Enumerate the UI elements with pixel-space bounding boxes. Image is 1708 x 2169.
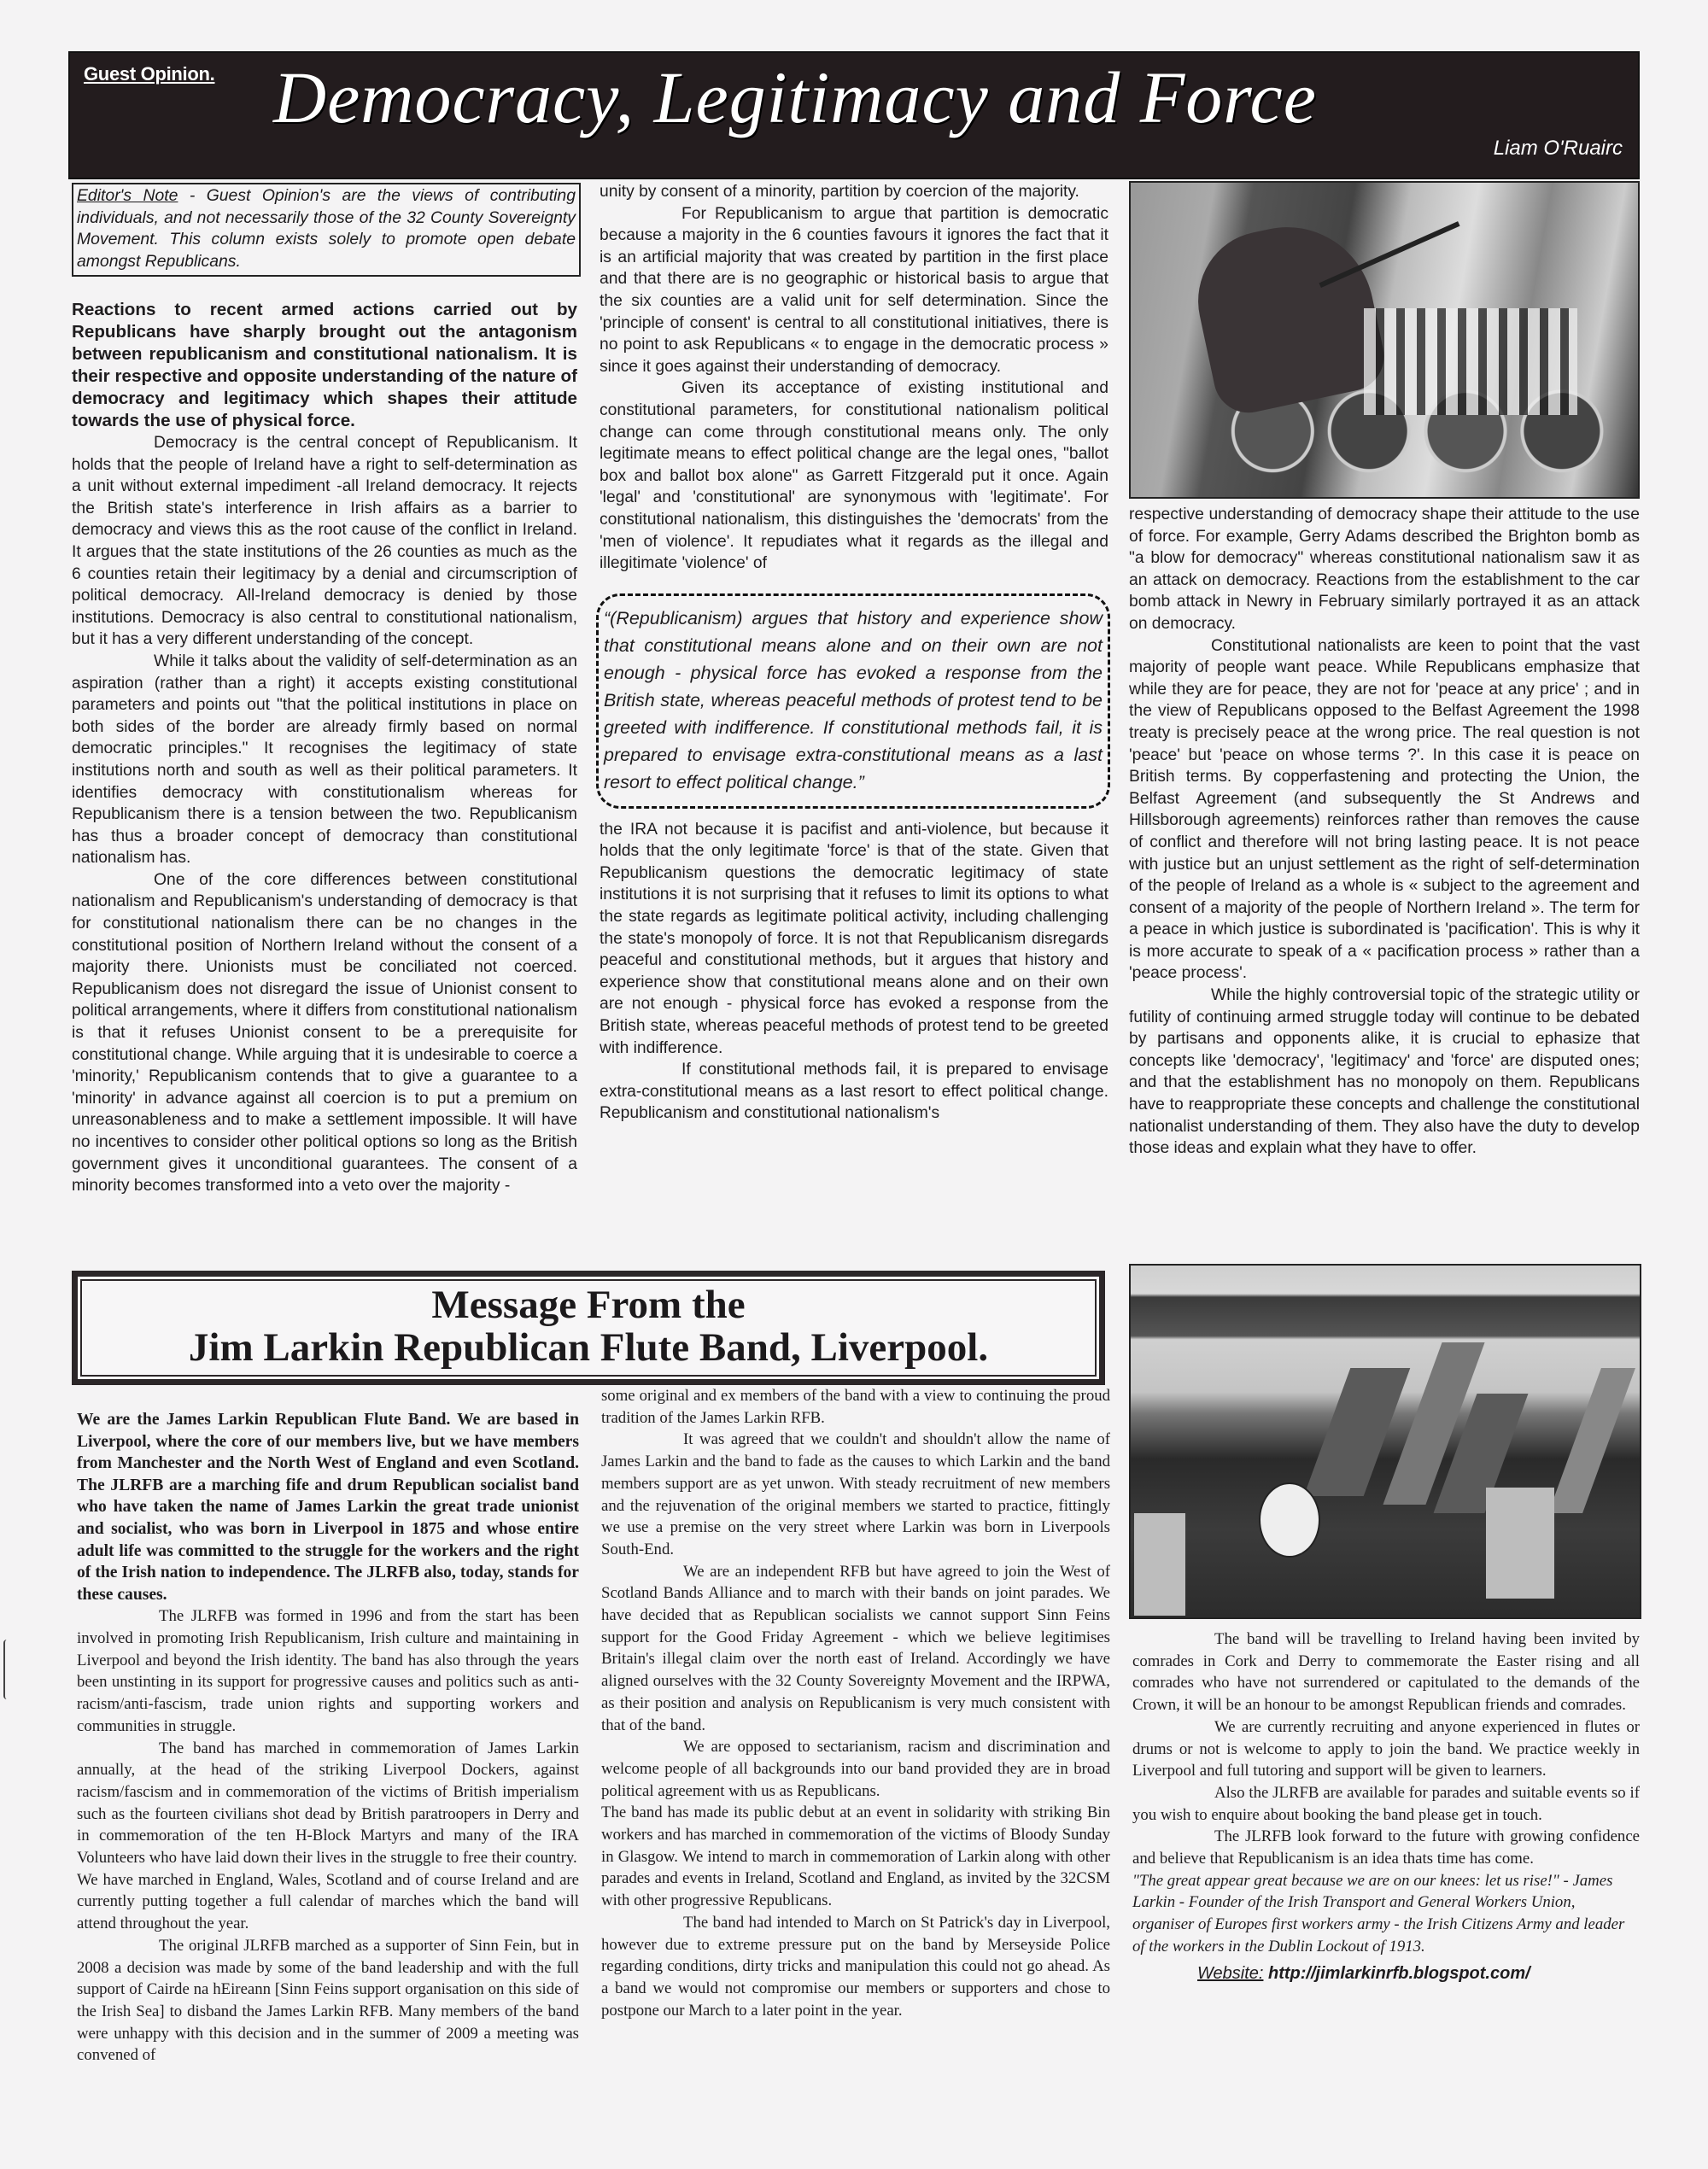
band-paragraph: We are opposed to sectarianism, racism a… [601,1736,1110,1802]
parade-photo [1129,1264,1641,1619]
band-headline-box: Message From the Jim Larkin Republican F… [72,1271,1105,1385]
band-paragraph: We are an independent RFB but have agree… [601,1561,1110,1737]
band-column-2: some original and ex members of the band… [601,1385,1110,2021]
band-headline-line-2: Jim Larkin Republican Flute Band, Liverp… [78,1326,1099,1369]
mural-photo [1129,181,1640,499]
editors-note-label: Editor's Note [77,186,178,205]
parade-flag [1548,1368,1635,1513]
article-paragraph: If constitutional methods fail, it is pr… [600,1059,1108,1125]
article-paragraph: Constitutional nationalists are keen to … [1129,635,1640,985]
mural-soldier-figure [1185,211,1390,419]
article-paragraph: respective understanding of democracy sh… [1129,504,1640,635]
article-column-1: Reactions to recent armed actions carrie… [72,299,577,1197]
band-paragraph: Also the JLRFB are available for parades… [1132,1782,1640,1826]
article-paragraph: One of the core differences between cons… [72,869,577,1197]
band-paragraph: The original JLRFB marched as a supporte… [77,1935,579,2067]
website-link[interactable]: http://jimlarkinrfb.blogspot.com/ [1263,1964,1530,1983]
page-edge-scan-mark [3,1640,12,1699]
larkin-quote: "The great appear great because we are o… [1132,1870,1640,1958]
pull-quote-box: “(Republicanism) argues that history and… [596,593,1110,809]
band-column-1: We are the James Larkin Republican Flute… [77,1409,579,2067]
bass-drum [1259,1482,1320,1558]
band-headline-line-1: Message From the [78,1283,1099,1326]
hi-vis-vest [1486,1488,1554,1599]
article-paragraph: Democracy is the central concept of Repu… [72,432,577,651]
article-header-banner: Guest Opinion. Democracy, Legitimacy and… [70,53,1638,178]
article-paragraph: For Republicanism to argue that partitio… [600,203,1108,378]
article-paragraph: While it talks about the validity of sel… [72,651,577,869]
band-lede: We are the James Larkin Republican Flute… [77,1409,579,1605]
band-paragraph: The JLRFB was formed in 1996 and from th… [77,1605,579,1737]
article-paragraph: unity by consent of a minority, partitio… [600,181,1108,203]
section-kicker: Guest Opinion. [84,63,214,85]
article-paragraph: While the highly controversial topic of … [1129,985,1640,1160]
band-paragraph: The band has made its public debut at an… [601,1802,1110,1912]
website-label: Website: [1197,1964,1263,1983]
author-byline: Liam O'Ruairc [1494,137,1623,161]
band-paragraph: The band had intended to March on St Pat… [601,1912,1110,2022]
band-paragraph: It was agreed that we couldn't and shoul… [601,1429,1110,1560]
article-column-2: unity by consent of a minority, partitio… [600,181,1108,1125]
pull-quote-text: “(Republicanism) argues that history and… [604,608,1103,792]
editors-note-box: Editor's Note - Guest Opinion's are the … [72,183,581,277]
band-column-3: The band will be travelling to Ireland h… [1132,1628,1640,1985]
hi-vis-vest [1134,1513,1185,1616]
article-paragraph: Given its acceptance of existing institu… [600,377,1108,574]
article-column-3: respective understanding of democracy sh… [1129,181,1640,1160]
article-paragraph: the IRA not because it is pacifist and a… [600,819,1108,1060]
band-paragraph: The band has marched in commemoration of… [77,1738,579,1869]
band-paragraph: The band will be travelling to Ireland h… [1132,1628,1640,1716]
band-paragraph: We are currently recruiting and anyone e… [1132,1716,1640,1782]
band-paragraph: some original and ex members of the band… [601,1385,1110,1429]
article-lede: Reactions to recent armed actions carrie… [72,299,577,432]
article-title: Democracy, Legitimacy and Force [273,55,1317,140]
website-line: Website: http://jimlarkinrfb.blogspot.co… [1132,1963,1640,1985]
band-paragraph: The JLRFB look forward to the future wit… [1132,1826,1640,1869]
mural-gpo-pillars [1364,308,1576,415]
band-paragraph: We have marched in England, Wales, Scotl… [77,1869,579,1935]
